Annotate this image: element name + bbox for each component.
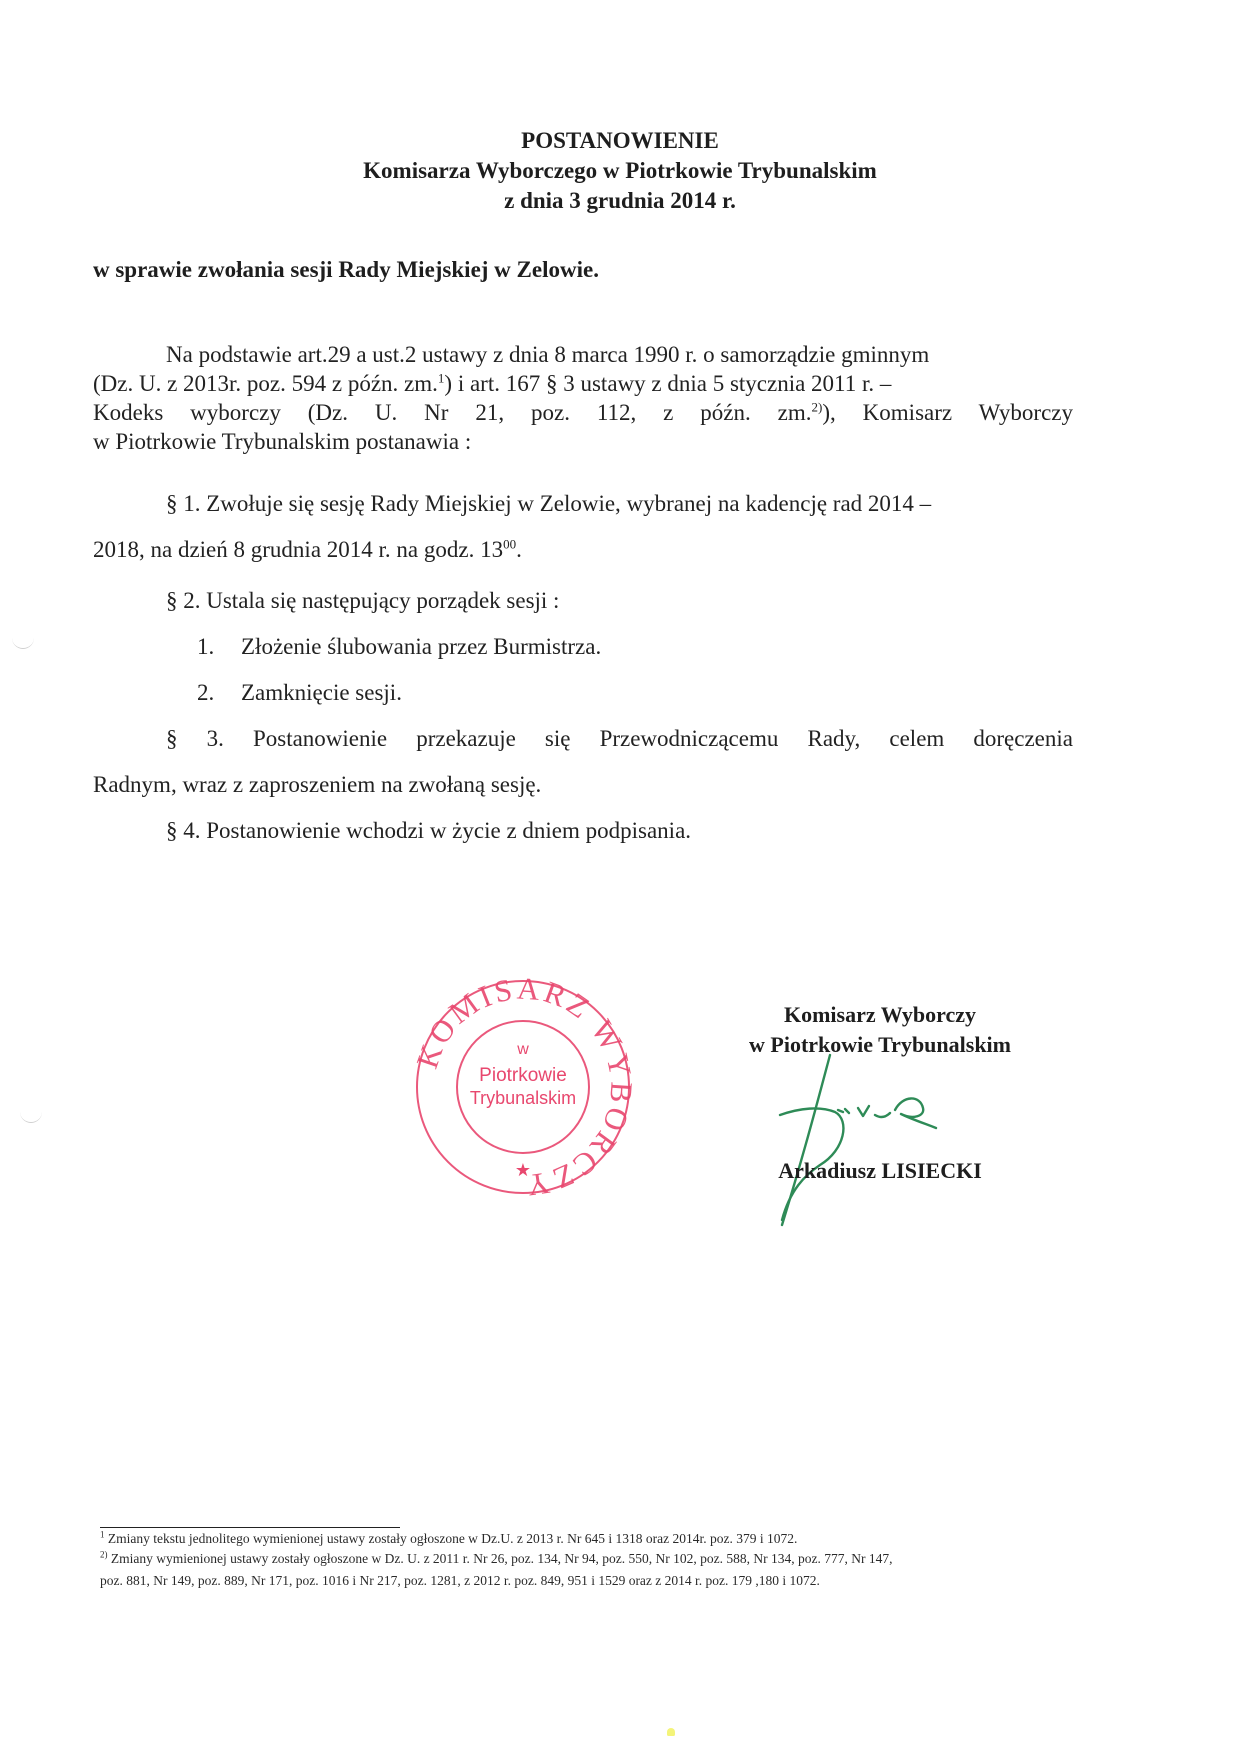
signatory-title: Komisarz Wyborczy bbox=[700, 1000, 1060, 1030]
footnote-text: Zmiany wymienionej ustawy zostały ogłosz… bbox=[111, 1551, 893, 1566]
footnote-mark: 1 bbox=[100, 1530, 105, 1540]
section-1-line-2: 2018, na dzień 8 grudnia 2014 r. na godz… bbox=[93, 537, 522, 563]
preamble-line-3: Kodeks wyborczy (Dz. U. Nr 21, poz. 112,… bbox=[93, 400, 1073, 426]
preamble-text: Kodeks wyborczy (Dz. U. Nr 21, poz. 112,… bbox=[93, 400, 812, 425]
section-4: § 4. Postanowienie wchodzi w życie z dni… bbox=[166, 818, 691, 844]
preamble-text: ), Komisarz Wyborczy bbox=[822, 400, 1073, 425]
agenda-item-text: Zamknięcie sesji. bbox=[241, 680, 402, 706]
preamble-text: (Dz. U. z 2013r. poz. 594 z późn. zm. bbox=[93, 371, 438, 396]
official-stamp: KOMISARZ WYBORCZY w Piotrkowie Trybunals… bbox=[412, 976, 634, 1198]
footnote-1: 1 Zmiany tekstu jednolitego wymienionej … bbox=[100, 1531, 797, 1547]
preamble-line-2: (Dz. U. z 2013r. poz. 594 z późn. zm.1) … bbox=[93, 371, 891, 397]
star-icon: ★ bbox=[515, 1160, 531, 1181]
handwritten-signature bbox=[750, 1040, 1000, 1230]
signatory-name: Arkadiusz LISIECKI bbox=[700, 1156, 1060, 1186]
stamp-center-line-2: Piotrkowie bbox=[479, 1065, 567, 1086]
footnote-text: Zmiany tekstu jednolitego wymienionej us… bbox=[108, 1531, 798, 1546]
document-subject: w sprawie zwołania sesji Rady Miejskiej … bbox=[93, 257, 599, 283]
time-minutes: 00 bbox=[503, 536, 516, 551]
preamble-text: ) i art. 167 § 3 ustawy z dnia 5 styczni… bbox=[444, 371, 891, 396]
document-date: z dnia 3 grudnia 2014 r. bbox=[0, 187, 1240, 215]
section-3-line-1: § 3. Postanowienie przekazuje się Przewo… bbox=[166, 726, 1073, 752]
preamble-line-4: w Piotrkowie Trybunalskim postanawia : bbox=[93, 429, 471, 455]
document-title: POSTANOWIENIE bbox=[0, 127, 1240, 155]
footnote-divider bbox=[100, 1527, 400, 1528]
section-2: § 2. Ustala się następujący porządek ses… bbox=[166, 588, 559, 614]
agenda-item-text: Złożenie ślubowania przez Burmistrza. bbox=[241, 634, 601, 660]
agenda-item-number: 2. bbox=[197, 680, 214, 706]
scan-speck bbox=[667, 1728, 675, 1736]
preamble-line-1: Na podstawie art.29 a ust.2 ustawy z dni… bbox=[166, 342, 929, 368]
footnote-ref-2: 2) bbox=[812, 399, 823, 414]
punch-hole-mark bbox=[12, 634, 34, 649]
agenda-item-number: 1. bbox=[197, 634, 214, 660]
document-issuer: Komisarza Wyborczego w Piotrkowie Trybun… bbox=[0, 157, 1240, 185]
section-text: 2018, na dzień 8 grudnia 2014 r. na godz… bbox=[93, 537, 503, 562]
section-1-line-1: § 1. Zwołuje się sesję Rady Miejskiej w … bbox=[166, 491, 931, 517]
footnote-mark: 2) bbox=[100, 1550, 108, 1560]
section-text: . bbox=[516, 537, 522, 562]
stamp-center-line-1: w bbox=[516, 1041, 529, 1058]
stamp-center-line-3: Trybunalskim bbox=[470, 1088, 576, 1108]
footnote-2-continued: poz. 881, Nr 149, poz. 889, Nr 171, poz.… bbox=[100, 1573, 820, 1589]
section-3-line-2: Radnym, wraz z zaproszeniem na zwołaną s… bbox=[93, 772, 541, 798]
footnote-2: 2) Zmiany wymienionej ustawy zostały ogł… bbox=[100, 1551, 893, 1567]
punch-hole-mark bbox=[20, 1108, 42, 1123]
